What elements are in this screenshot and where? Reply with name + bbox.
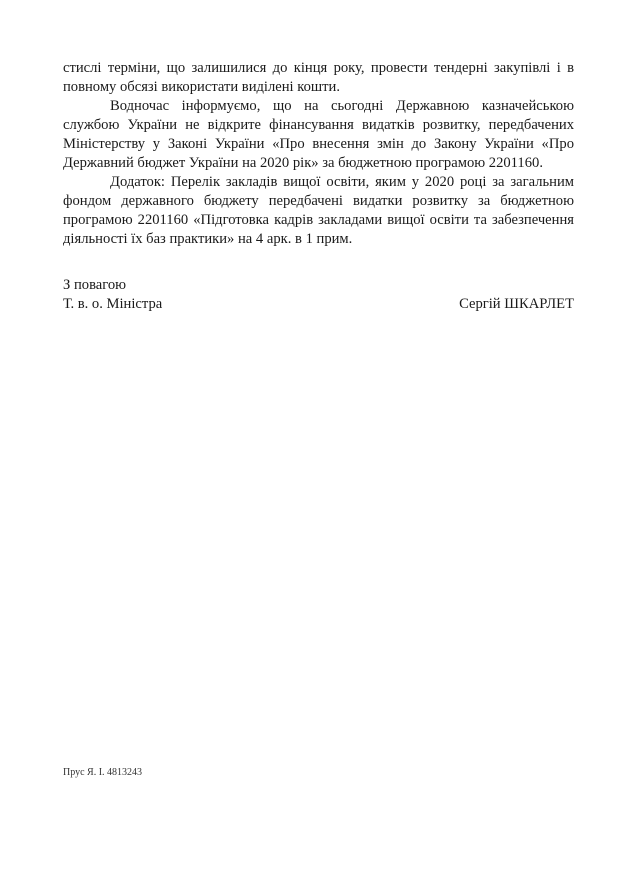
signer-name: Сергій ШКАРЛЕТ — [459, 295, 574, 314]
document-page: стислі терміни, що залишилися до кінця р… — [0, 0, 620, 876]
paragraph-continuation: стислі терміни, що залишилися до кінця р… — [63, 59, 574, 97]
executor-footer: Прус Я. І. 4813243 — [63, 767, 142, 778]
closing-phrase: З повагою — [63, 276, 126, 295]
signer-title: Т. в. о. Міністра — [63, 295, 162, 314]
paragraph-attachment: Додаток: Перелік закладів вищої освіти, … — [63, 173, 574, 249]
paragraph-treasury-info: Водночас інформуємо, що на сьогодні Держ… — [63, 97, 574, 173]
